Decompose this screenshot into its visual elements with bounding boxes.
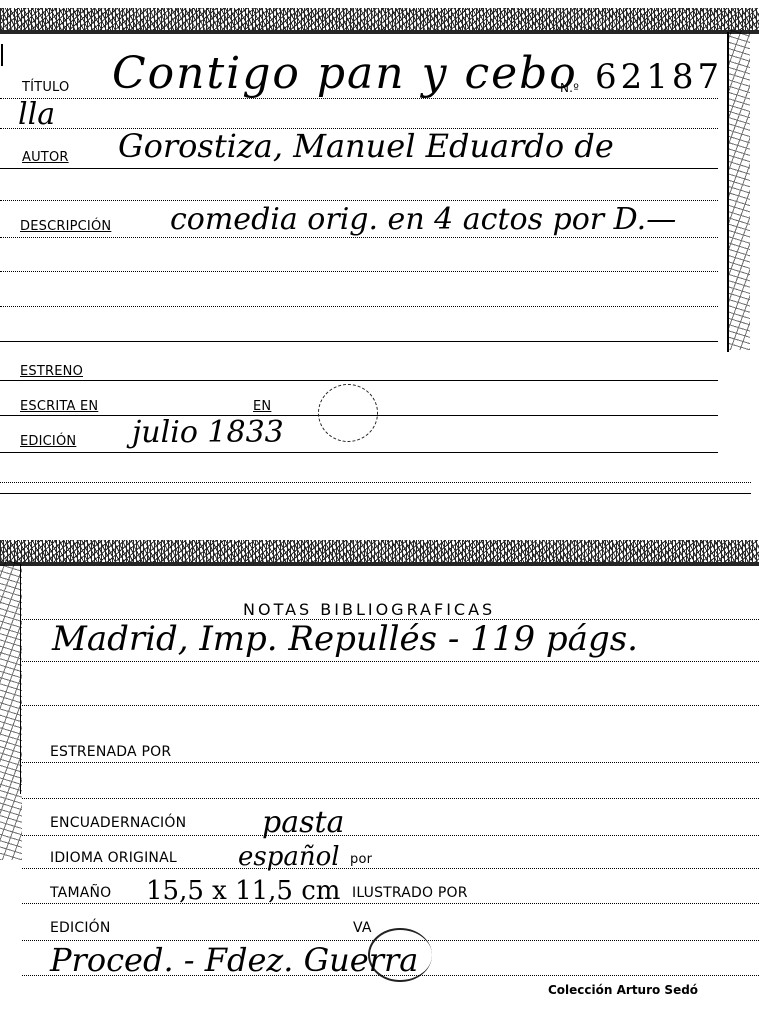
procedencia-rule [22,975,759,976]
estrenada-rule [22,762,759,763]
scan-noise-top-edge [0,8,759,34]
tamano-rule [22,903,759,904]
descripcion-rule [0,237,718,238]
va-label: VA [353,920,372,936]
titulo-value: Contigo pan y cebo [112,52,578,96]
idioma-original-label: IDIOMA ORIGINAL [50,850,177,866]
encuadernacion-rule [22,835,759,836]
notas-rule-3 [22,705,759,706]
stamp-circle [318,384,378,442]
estrenada-rule-2 [22,798,759,799]
en-label: EN [253,399,271,415]
descripcion-value: comedia orig. en 4 actos por D.— [170,205,676,235]
idioma-suffix: por [350,852,372,868]
catalog-card-front: TÍTULO Contigo pan y cebo N.º 62187 lla … [0,0,759,500]
descripcion-rule-4 [0,341,718,342]
card-right-border [727,32,729,352]
tamano-label: TAMAÑO [50,885,111,901]
edicion-rule [0,452,718,453]
bottom-rule [0,482,751,483]
descripcion-rule-2 [0,271,718,272]
catalog-card-back: NOTAS BIBLIOGRAFICAS Madrid, Imp. Repull… [0,530,759,1028]
titulo-value-continued: lla [18,100,55,130]
edicion-value: julio 1833 [132,418,284,448]
idioma-rule [22,868,759,869]
number-prefix: N.º [560,80,579,96]
edicion-label: EDICIÓN [20,434,76,450]
estreno-label: ESTRENO [20,364,83,380]
scan-noise-left-edge [0,560,22,860]
titulo-label: TÍTULO [22,80,69,96]
edicion-back-label: EDICIÓN [50,920,111,936]
autor-rule [0,168,718,169]
notas-value: Madrid, Imp. Repullés - 119 págs. [52,622,638,656]
catalog-number: 62187 [595,60,723,94]
encuadernacion-value: pasta [262,808,344,838]
descripcion-label: DESCRIPCIÓN [20,219,111,235]
notas-rule-2 [22,661,759,662]
card-bottom-edge [0,493,751,494]
idioma-original-value: español [238,844,340,870]
notas-bibliograficas-heading: NOTAS BIBLIOGRAFICAS [243,600,495,619]
scan-noise-right-edge [728,30,750,350]
card-left-border [20,564,21,794]
procedencia-value: Proced. - Fdez. Guerra [50,944,418,976]
ilustrado-por-label: ILUSTRADO POR [352,885,468,901]
escrita-en-label: ESCRITA EN [20,399,98,415]
encuadernacion-label: ENCUADERNACIÓN [50,815,186,831]
autor-rule-2 [0,200,718,201]
tamano-value: 15,5 x 11,5 cm [146,878,340,904]
estrenada-por-label: ESTRENADA POR [50,744,171,760]
collection-credit: Colección Arturo Sedó [548,983,698,997]
autor-label: AUTOR [22,150,69,166]
card-left-mark [1,44,3,66]
autor-value: Gorostiza, Manuel Eduardo de [118,130,614,162]
scan-noise-top-edge [0,540,759,566]
descripcion-rule-3 [0,306,718,307]
estreno-rule [0,380,718,381]
